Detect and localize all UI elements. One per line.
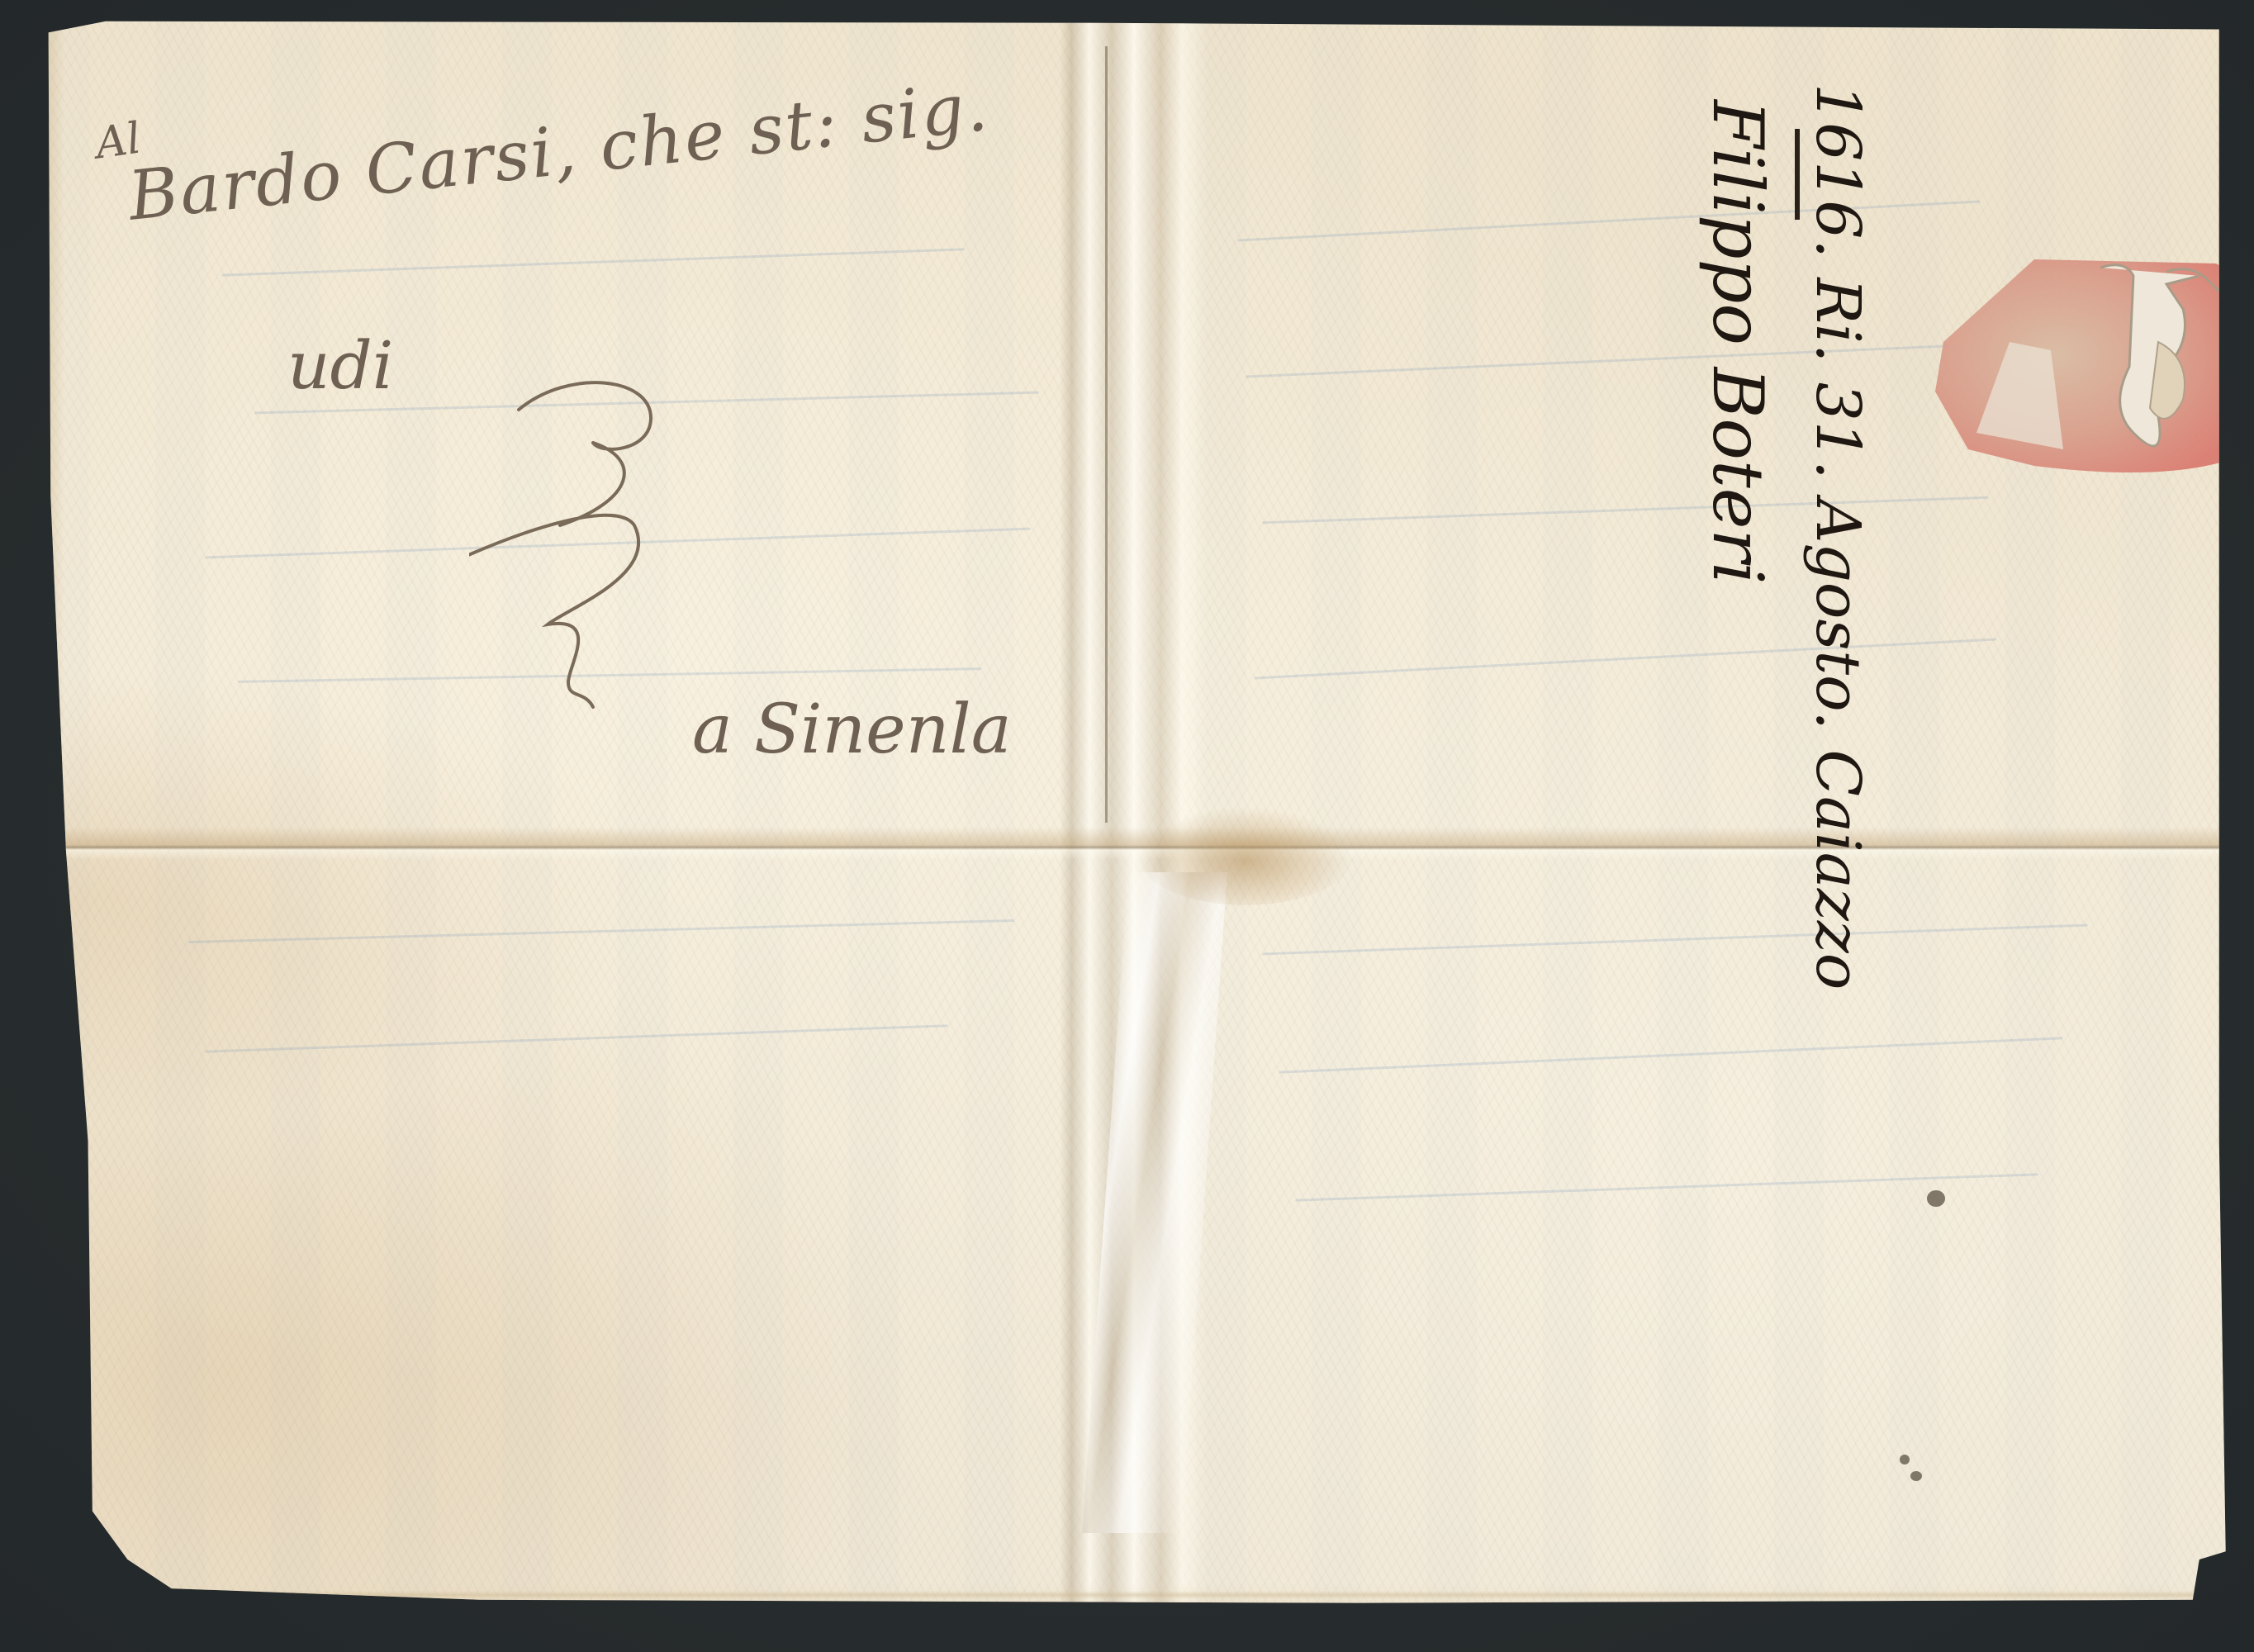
address-destination: a Sinenla bbox=[692, 691, 1012, 769]
docket-underline bbox=[1795, 129, 1800, 220]
bleed-through-line bbox=[1262, 496, 1989, 525]
crease-line bbox=[1105, 46, 1108, 823]
docket-line-2: Filippo Boteri bbox=[1697, 100, 1778, 584]
ink-spot bbox=[1927, 1190, 1945, 1207]
fold-stain bbox=[1138, 806, 1353, 905]
wax-seal bbox=[1919, 243, 2237, 482]
docket-line-1: 1616. Ri. 31. Agosto. Caiazzo bbox=[1802, 83, 1873, 990]
docket-note: 1616. Ri. 31. Agosto. Caiazzo Filippo Bo… bbox=[1663, 83, 1877, 645]
bleed-through-line bbox=[188, 919, 1014, 943]
bleed-through-line bbox=[1262, 924, 2087, 956]
bleed-through-line bbox=[1279, 1037, 2062, 1073]
bleed-through-line bbox=[221, 248, 965, 276]
ink-spot bbox=[1910, 1471, 1922, 1481]
address-line-2: udi bbox=[287, 327, 393, 404]
folded-letter: Al Bardo Carsi, che st: sig. udi a Sinen… bbox=[40, 13, 2237, 1624]
bleed-through-line bbox=[205, 1024, 948, 1052]
ink-spot bbox=[1900, 1455, 1910, 1464]
address-line-1: Bardo Carsi, che st: sig. bbox=[125, 68, 993, 236]
bleed-through-line bbox=[1255, 638, 1997, 679]
